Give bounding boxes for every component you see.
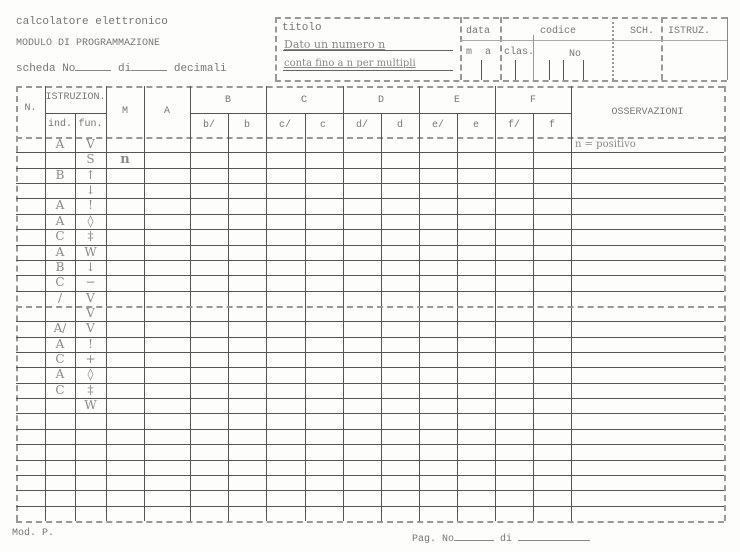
cell-ind[interactable]: A <box>45 137 75 152</box>
cell-n[interactable] <box>16 168 45 183</box>
cell-n[interactable] <box>16 383 45 398</box>
cell-ind[interactable] <box>45 460 75 475</box>
cell-osservazioni[interactable] <box>575 168 720 183</box>
cell-fun[interactable]: ‡ <box>75 229 106 244</box>
cell-ind[interactable]: A <box>45 245 75 260</box>
cell-fun[interactable]: ↑ <box>75 168 106 183</box>
cell-ind[interactable] <box>45 152 75 167</box>
cell-osservazioni[interactable] <box>575 506 720 521</box>
cell-fun[interactable]: ◊ <box>75 367 106 382</box>
cell-ind[interactable]: C <box>45 352 75 367</box>
col-header-ind: ind. <box>45 119 75 130</box>
col-header-sub-f: f <box>533 120 571 131</box>
table-row <box>0 413 740 428</box>
cell-osservazioni[interactable] <box>575 367 720 382</box>
cell-ind[interactable] <box>45 490 75 505</box>
cell-fun[interactable]: + <box>75 352 106 367</box>
cell-osservazioni[interactable] <box>575 337 720 352</box>
table-row: V <box>0 306 740 321</box>
cell-ind[interactable]: / <box>45 291 75 306</box>
cell-osservazioni[interactable] <box>575 306 720 321</box>
cell-n[interactable] <box>16 475 45 490</box>
cell-n[interactable] <box>16 214 45 229</box>
col-header-sub-c-slash: c/ <box>266 120 304 131</box>
cell-ind[interactable]: A <box>45 367 75 382</box>
mod-label: Mod. P. <box>12 528 54 539</box>
table-row: B↑ <box>0 168 740 183</box>
cell-ind[interactable]: A <box>45 214 75 229</box>
col-header-group-f: F <box>495 95 571 106</box>
cell-fun[interactable]: ◊ <box>75 214 106 229</box>
cell-ind[interactable] <box>45 475 75 490</box>
clas-label: clas. <box>504 47 534 58</box>
cell-osservazioni[interactable] <box>575 460 720 475</box>
table-row: Sn <box>0 152 740 167</box>
col-header-group-b: B <box>190 95 266 106</box>
codice-no-label: No <box>569 49 581 60</box>
decimali-label: decimali <box>174 63 227 75</box>
cell-osservazioni[interactable] <box>575 229 720 244</box>
cell-ind[interactable]: C <box>45 275 75 290</box>
table-row <box>0 444 740 459</box>
cell-osservazioni[interactable] <box>575 198 720 213</box>
col-header-sub-e-slash: e/ <box>419 120 457 131</box>
col-header-sub-b: b <box>228 120 266 131</box>
page-line: Pag. No di <box>412 530 590 545</box>
cell-fun[interactable]: ↓ <box>75 183 106 198</box>
cell-n[interactable] <box>16 275 45 290</box>
pag-label: Pag. No <box>412 534 454 545</box>
scheda-label: scheda No <box>16 63 75 75</box>
cell-n[interactable] <box>16 352 45 367</box>
cell-n[interactable] <box>16 321 45 336</box>
cell-n[interactable] <box>16 291 45 306</box>
table-row: AVn = positivo <box>0 137 740 152</box>
cell-n[interactable] <box>16 337 45 352</box>
table-row: A◊ <box>0 367 740 382</box>
cell-m[interactable] <box>106 306 144 321</box>
titolo-label: titolo <box>282 22 322 34</box>
cell-n[interactable] <box>16 367 45 382</box>
cell-m[interactable] <box>106 444 144 459</box>
cell-ind[interactable]: A <box>45 337 75 352</box>
cell-osservazioni[interactable] <box>575 260 720 275</box>
cell-n[interactable] <box>16 306 45 321</box>
cell-fun[interactable]: V <box>75 306 106 321</box>
col-header-sub-b-slash: b/ <box>190 120 228 131</box>
cell-ind[interactable] <box>45 506 75 521</box>
col-header-sub-c: c <box>304 120 342 131</box>
scheda-line: scheda No di decimali <box>16 60 227 75</box>
cell-osservazioni[interactable] <box>575 429 720 444</box>
cell-osservazioni[interactable] <box>575 152 720 167</box>
col-header-fun: fun. <box>75 119 106 130</box>
cell-osservazioni[interactable]: n = positivo <box>575 137 720 152</box>
col-header-sub-e: e <box>457 120 495 131</box>
scheda-di-label: di <box>118 63 131 75</box>
cell-fun[interactable]: S <box>75 152 106 167</box>
cell-osservazioni[interactable] <box>575 398 720 413</box>
scheda-number-field[interactable] <box>75 60 111 71</box>
col-header-istruzioni: ISTRUZION. <box>45 92 106 103</box>
cell-fun[interactable]: ‡ <box>75 383 106 398</box>
cell-fun[interactable]: W <box>75 398 106 413</box>
table-row <box>0 506 740 521</box>
table-row: C‡ <box>0 229 740 244</box>
form-subtitle: MODULO DI PROGRAMMAZIONE <box>16 38 160 49</box>
cell-osservazioni[interactable] <box>575 475 720 490</box>
cell-n[interactable] <box>16 137 45 152</box>
cell-ind[interactable]: C <box>45 383 75 398</box>
codice-label: codice <box>540 26 576 37</box>
cell-m[interactable] <box>106 352 144 367</box>
cell-n[interactable] <box>16 245 45 260</box>
pag-di-label: di <box>500 534 512 545</box>
cell-fun[interactable] <box>75 413 106 428</box>
cell-m[interactable] <box>106 367 144 382</box>
cell-m[interactable] <box>106 291 144 306</box>
cell-m[interactable] <box>106 321 144 336</box>
page-total-field[interactable] <box>518 530 590 541</box>
cell-fun[interactable]: V <box>75 291 106 306</box>
cell-ind[interactable]: C <box>45 229 75 244</box>
cell-n[interactable] <box>16 183 45 198</box>
cell-osservazioni[interactable] <box>575 321 720 336</box>
cell-ind[interactable] <box>45 444 75 459</box>
cell-m[interactable] <box>106 429 144 444</box>
cell-fun[interactable]: ! <box>75 198 106 213</box>
col-header-group-e: E <box>419 95 495 106</box>
table-row: A/V <box>0 321 740 336</box>
table-row <box>0 490 740 505</box>
cell-fun[interactable] <box>75 506 106 521</box>
col-header-osservazioni: OSSERVAZIONI <box>571 107 724 118</box>
cell-m[interactable] <box>106 413 144 428</box>
cell-m[interactable] <box>106 168 144 183</box>
cell-n[interactable] <box>16 260 45 275</box>
table-row: C+ <box>0 352 740 367</box>
cell-n[interactable] <box>16 490 45 505</box>
cell-osservazioni[interactable] <box>575 352 720 367</box>
col-header-group-d: D <box>343 95 419 106</box>
table-row <box>0 429 740 444</box>
cell-fun[interactable] <box>75 490 106 505</box>
cell-m[interactable] <box>106 260 144 275</box>
cell-fun[interactable] <box>75 429 106 444</box>
cell-m[interactable] <box>106 275 144 290</box>
page-number-field[interactable] <box>454 530 494 541</box>
cell-m[interactable]: n <box>106 152 144 167</box>
cell-m[interactable] <box>106 460 144 475</box>
cell-m[interactable] <box>106 183 144 198</box>
cell-ind[interactable] <box>45 398 75 413</box>
cell-ind[interactable]: B <box>45 260 75 275</box>
cell-n[interactable] <box>16 460 45 475</box>
cell-m[interactable] <box>106 214 144 229</box>
cell-n[interactable] <box>16 429 45 444</box>
cell-m[interactable] <box>106 229 144 244</box>
col-header-sub-f-slash: f/ <box>495 120 533 131</box>
cell-osservazioni[interactable] <box>575 413 720 428</box>
cell-osservazioni[interactable] <box>575 275 720 290</box>
cell-osservazioni[interactable] <box>575 245 720 260</box>
cell-osservazioni[interactable] <box>575 183 720 198</box>
cell-n[interactable] <box>16 229 45 244</box>
cell-n[interactable] <box>16 444 45 459</box>
col-header-group-c: C <box>266 95 342 106</box>
cell-n[interactable] <box>16 198 45 213</box>
istruz-label: ISTRUZ. <box>668 26 710 37</box>
col-header-m: M <box>106 106 144 117</box>
cell-m[interactable] <box>106 245 144 260</box>
cell-ind[interactable] <box>45 183 75 198</box>
cell-osservazioni[interactable] <box>575 383 720 398</box>
cell-fun[interactable] <box>75 460 106 475</box>
cell-n[interactable] <box>16 413 45 428</box>
titolo-value-line2[interactable]: conta fino a n per multipli <box>284 58 416 69</box>
cell-fun[interactable] <box>75 444 106 459</box>
cell-m[interactable] <box>106 475 144 490</box>
cell-n[interactable] <box>16 398 45 413</box>
cell-m[interactable] <box>106 506 144 521</box>
cell-ind[interactable] <box>45 413 75 428</box>
table-row: AW <box>0 245 740 260</box>
col-header-a: A <box>144 106 190 117</box>
cell-fun[interactable]: W <box>75 245 106 260</box>
table-row: A! <box>0 337 740 352</box>
data-label: data <box>466 26 490 37</box>
cell-fun[interactable]: ↓ <box>75 260 106 275</box>
cell-m[interactable] <box>106 398 144 413</box>
data-year-label: a <box>485 47 491 58</box>
cell-fun[interactable]: ! <box>75 337 106 352</box>
cell-fun[interactable]: V <box>75 321 106 336</box>
table-row <box>0 475 740 490</box>
cell-osservazioni[interactable] <box>575 291 720 306</box>
cell-fun[interactable]: − <box>75 275 106 290</box>
form-title: calcolatore elettronico <box>16 16 168 28</box>
table-row: C‡ <box>0 383 740 398</box>
cell-ind[interactable]: B <box>45 168 75 183</box>
col-header-n: N. <box>16 103 45 114</box>
col-header-sub-d: d <box>381 120 419 131</box>
sch-label: SCH. <box>630 26 654 37</box>
table-row: A! <box>0 198 740 213</box>
cell-ind[interactable]: A <box>45 198 75 213</box>
cell-m[interactable] <box>106 137 144 152</box>
table-row: ↓ <box>0 183 740 198</box>
cell-ind[interactable] <box>45 306 75 321</box>
table-row: W <box>0 398 740 413</box>
cell-ind[interactable]: A/ <box>45 321 75 336</box>
table-row: B↓ <box>0 260 740 275</box>
cell-m[interactable] <box>106 337 144 352</box>
cell-n[interactable] <box>16 506 45 521</box>
table-row <box>0 460 740 475</box>
table-row: A◊ <box>0 214 740 229</box>
table-row: /V <box>0 291 740 306</box>
cell-osservazioni[interactable] <box>575 214 720 229</box>
cell-m[interactable] <box>106 198 144 213</box>
titolo-value-line1[interactable]: Dato un numero n <box>284 38 385 51</box>
cell-n[interactable] <box>16 152 45 167</box>
data-month-label: m <box>466 47 472 58</box>
cell-m[interactable] <box>106 383 144 398</box>
cell-fun[interactable]: V <box>75 137 106 152</box>
cell-m[interactable] <box>106 490 144 505</box>
cell-ind[interactable] <box>45 429 75 444</box>
cell-fun[interactable] <box>75 475 106 490</box>
table-row: C− <box>0 275 740 290</box>
cell-osservazioni[interactable] <box>575 490 720 505</box>
col-header-sub-d-slash: d/ <box>343 120 381 131</box>
cell-osservazioni[interactable] <box>575 444 720 459</box>
scheda-total-field[interactable] <box>131 60 167 71</box>
